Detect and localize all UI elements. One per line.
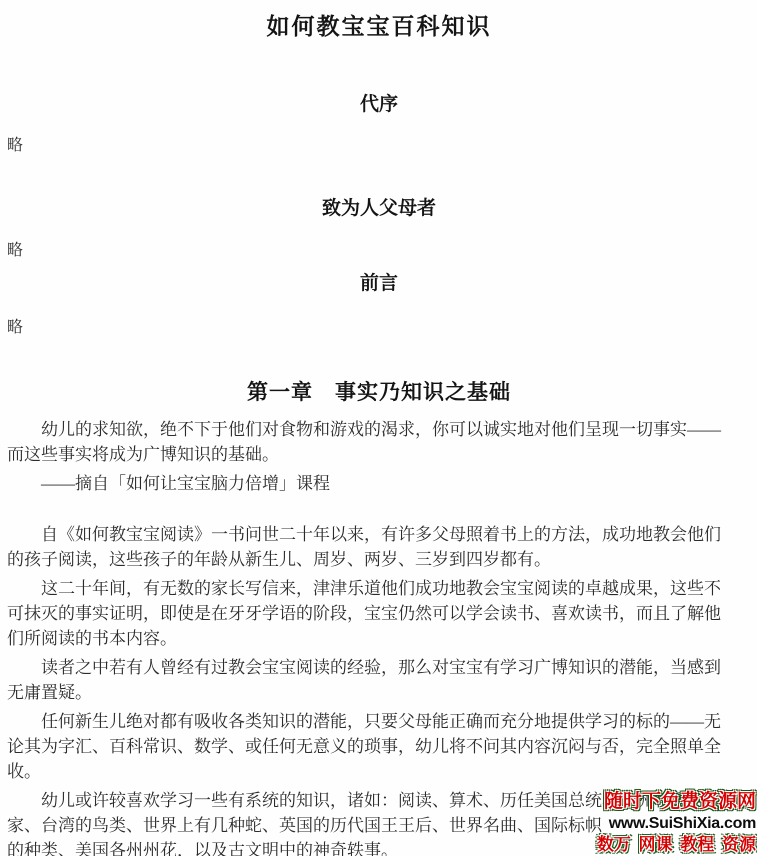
document-page: 如何教宝宝百科知识 代序 略 致为人父母者 略 前言 略 第一章 事实乃知识之基… bbox=[0, 0, 757, 856]
page-title: 如何教宝宝百科知识 bbox=[7, 12, 751, 40]
omitted-text-daixu: 略 bbox=[7, 135, 751, 157]
heading-daixu: 代序 bbox=[7, 93, 751, 117]
chapter-body: 幼儿的求知欲，绝不下于他们对食物和游戏的渴求，你可以诚实地对他们呈现一切事实——… bbox=[7, 417, 751, 856]
body-paragraph: 自《如何教宝宝阅读》一书问世二十年以来，有许多父母照着书上的方法，成功地教会他们… bbox=[7, 522, 751, 572]
omitted-text-to-parents: 略 bbox=[7, 240, 751, 262]
body-paragraph: 幼儿或许较喜欢学习一些有系统的知识，诸如：阅读、算术、历任美国总统、欧洲有哪些国… bbox=[7, 788, 751, 856]
body-paragraph-quote: 幼儿的求知欲，绝不下于他们对食物和游戏的渴求，你可以诚实地对他们呈现一切事实——… bbox=[7, 417, 751, 467]
omitted-text-qianyan: 略 bbox=[7, 317, 751, 339]
body-paragraph: 任何新生儿绝对都有吸收各类知识的潜能，只要父母能正确而充分地提供学习的标的——无… bbox=[7, 709, 751, 784]
body-paragraph: 这二十年间，有无数的家长写信来，津津乐道他们成功地教会宝宝阅读的卓越成果，这些不… bbox=[7, 576, 751, 651]
body-paragraph-quote-source: ——摘自「如何让宝宝脑力倍增」课程 bbox=[7, 471, 751, 496]
heading-to-parents: 致为人父母者 bbox=[7, 197, 751, 221]
heading-qianyan: 前言 bbox=[7, 272, 751, 296]
body-paragraph: 读者之中若有人曾经有过教会宝宝阅读的经验，那么对宝宝有学习广博知识的潜能，当感到… bbox=[7, 655, 751, 705]
chapter-heading: 第一章 事实乃知识之基础 bbox=[7, 380, 751, 406]
